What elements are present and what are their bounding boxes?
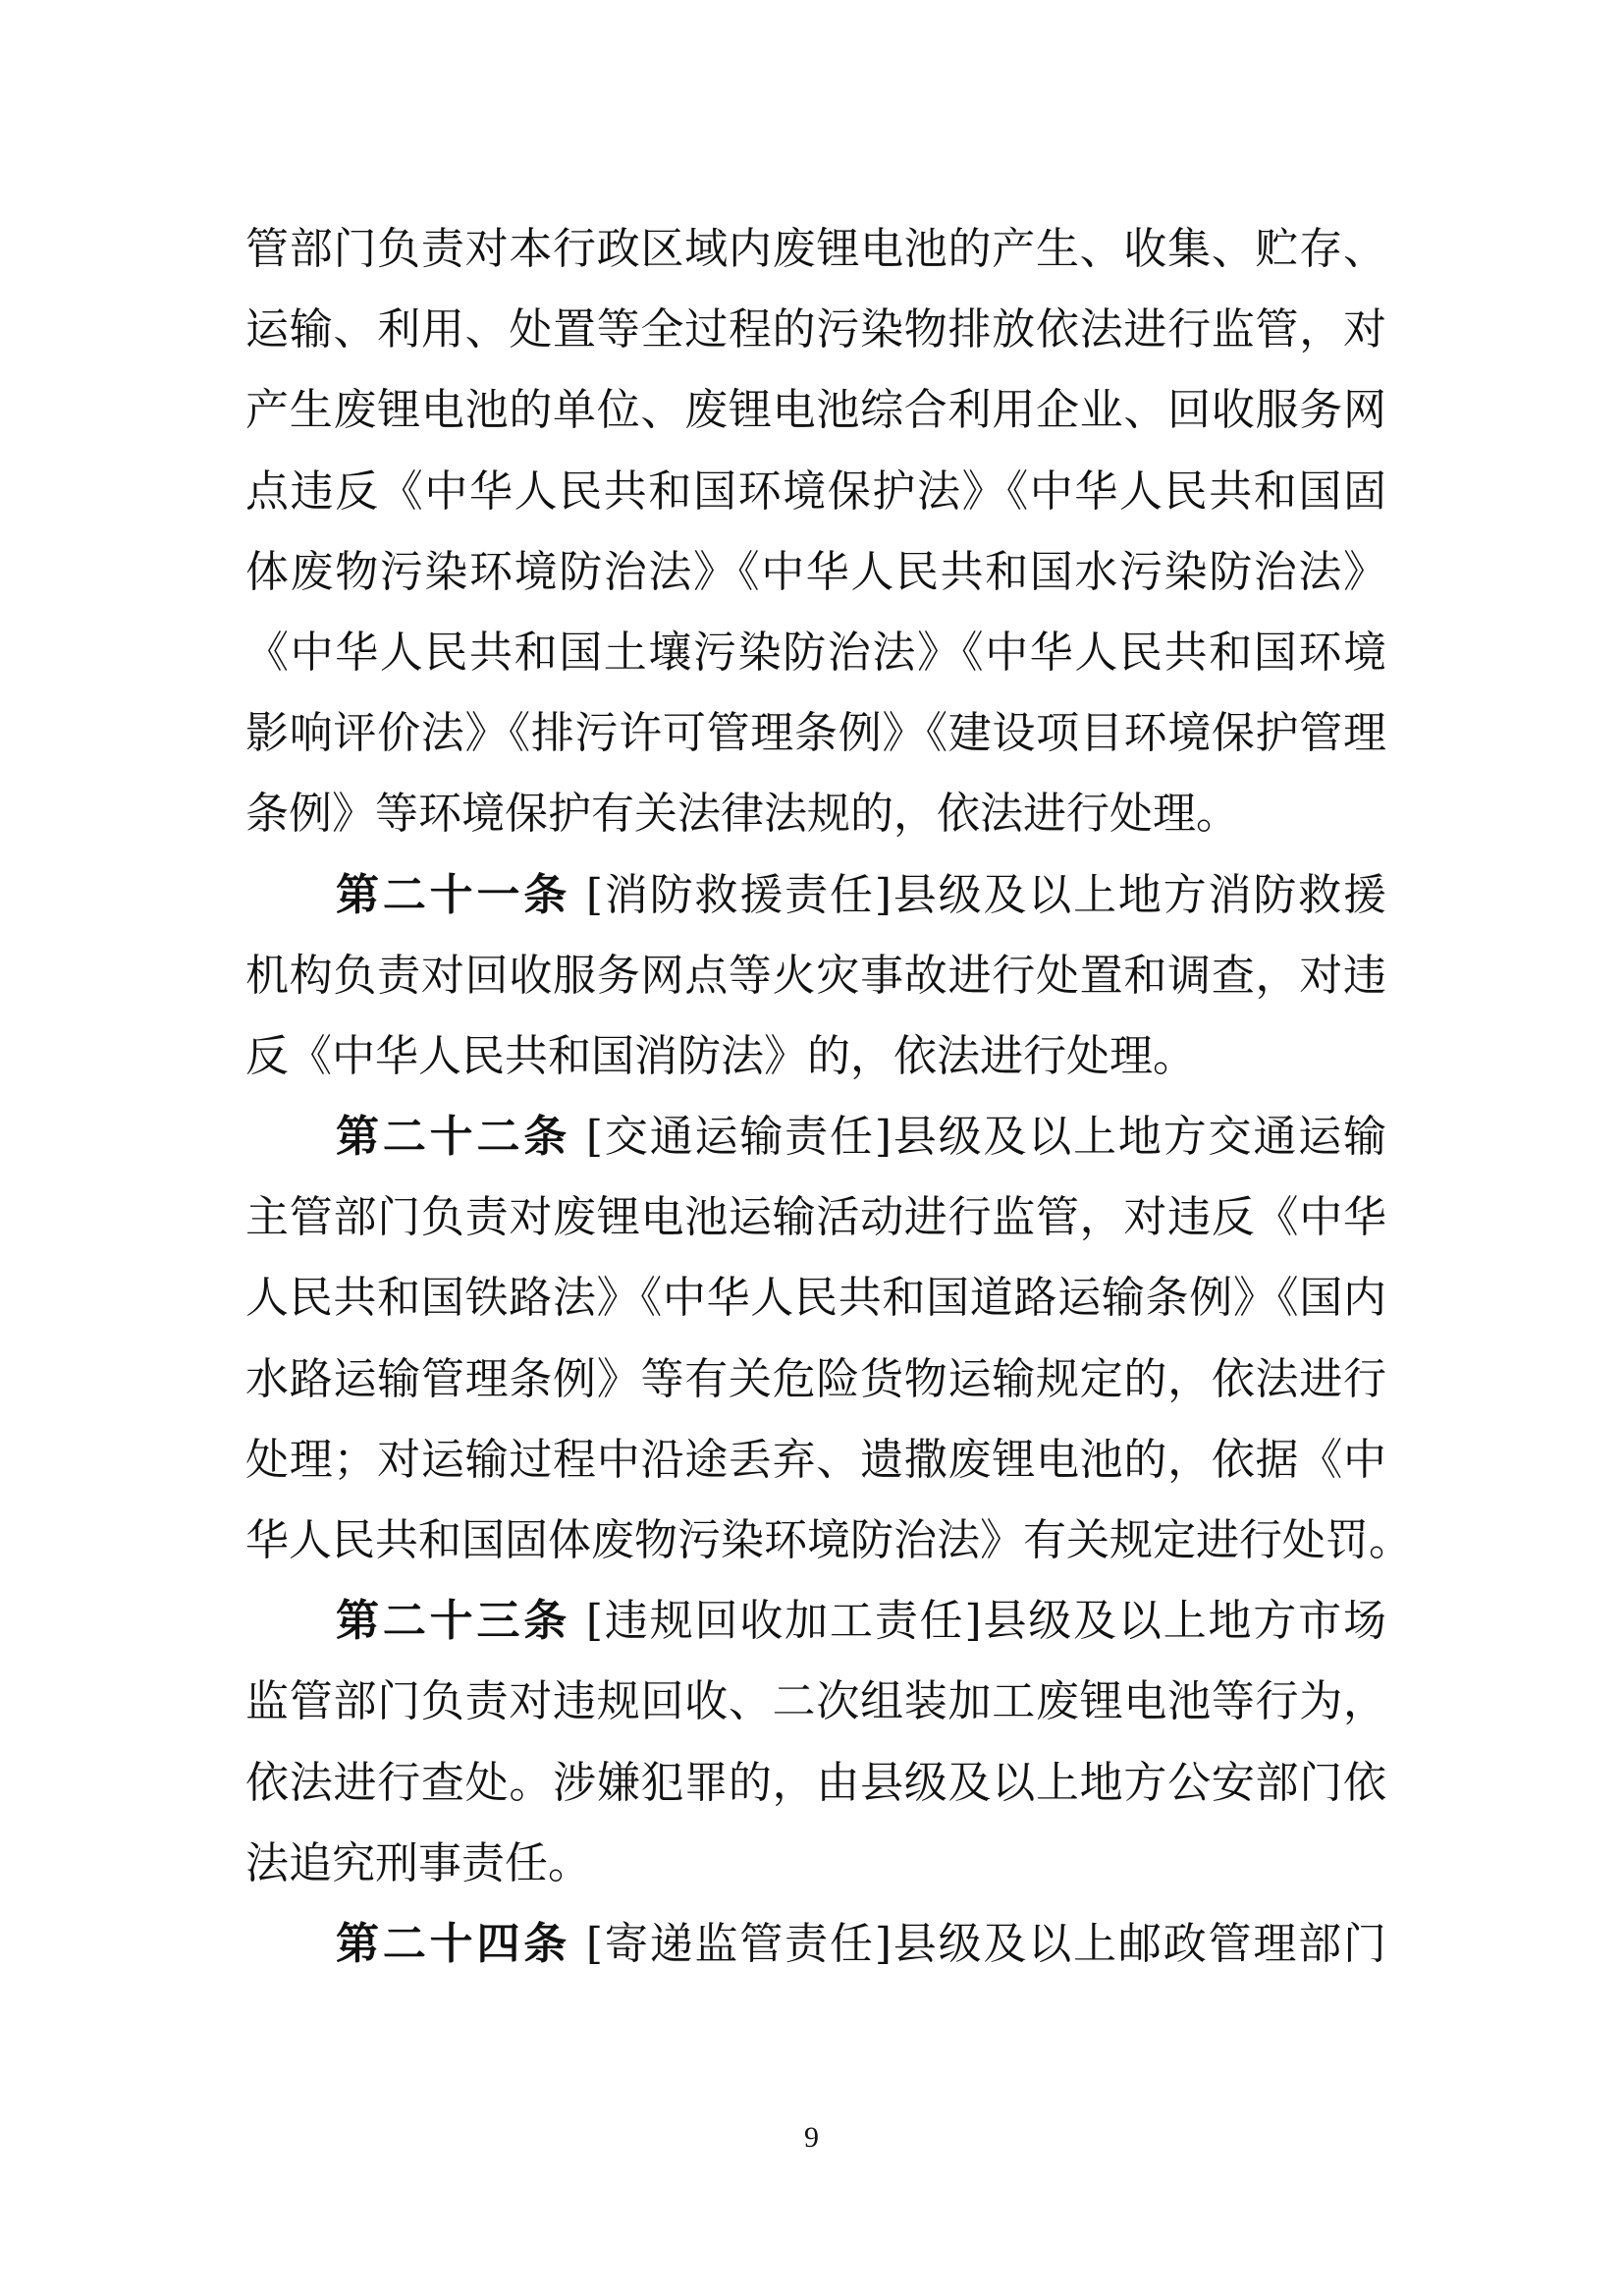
text-line: 依法进行查处。涉嫌犯罪的，由县级及以上地方公安部门依 — [245, 1743, 1386, 1824]
article-heading-line: 第二十三条 [违规回收加工责任]县级及以上地方市场 — [245, 1581, 1386, 1662]
text-line: 管部门负责对本行政区域内废锂电池的产生、收集、贮存、 — [245, 209, 1386, 290]
text-line: 点违反《中华人民共和国环境保护法》《中华人民共和国固 — [245, 452, 1386, 532]
article-23: 第二十三条 [违规回收加工责任]县级及以上地方市场 监管部门负责对违规回收、二次… — [245, 1581, 1386, 1904]
article-title-text: [消防救援责任]县级及以上地方消防救援 — [570, 870, 1386, 920]
article-number: 第二十三条 — [336, 1596, 570, 1646]
paragraph-continuation: 管部门负责对本行政区域内废锂电池的产生、收集、贮存、 运输、利用、处置等全过程的… — [245, 209, 1386, 855]
text-line: 体废物污染环境防治法》《中华人民共和国水污染防治法》 — [245, 532, 1386, 613]
article-number: 第二十四条 — [336, 1919, 570, 1969]
article-number: 第二十二条 — [336, 1112, 570, 1162]
text-line: 机构负责对回收服务网点等火灾事故进行处置和调查，对违 — [245, 936, 1386, 1016]
article-24: 第二十四条 [寄递监管责任]县级及以上邮政管理部门 — [245, 1904, 1386, 1985]
text-line: 产生废锂电池的单位、废锂电池综合利用企业、回收服务网 — [245, 370, 1386, 451]
text-line: 法追究刑事责任。 — [245, 1824, 1386, 1904]
text-line: 影响评价法》《排污许可管理条例》《建设项目环境保护管理 — [245, 693, 1386, 774]
page-number: 9 — [0, 2121, 1623, 2155]
article-heading-line: 第二十四条 [寄递监管责任]县级及以上邮政管理部门 — [245, 1904, 1386, 1985]
text-line: 监管部门负责对违规回收、二次组装加工废锂电池等行为， — [245, 1662, 1386, 1742]
text-line: 反《中华人民共和国消防法》的，依法进行处理。 — [245, 1016, 1386, 1097]
text-line: 《中华人民共和国土壤污染防治法》《中华人民共和国环境 — [245, 613, 1386, 693]
text-line: 运输、利用、处置等全过程的污染物排放依法进行监管，对 — [245, 290, 1386, 370]
document-page: 管部门负责对本行政区域内废锂电池的产生、收集、贮存、 运输、利用、处置等全过程的… — [245, 209, 1386, 1985]
article-number: 第二十一条 — [336, 870, 570, 920]
article-22: 第二十二条 [交通运输责任]县级及以上地方交通运输 主管部门负责对废锂电池运输活… — [245, 1097, 1386, 1581]
text-line: 条例》等环境保护有关法律法规的，依法进行处理。 — [245, 774, 1386, 854]
article-heading-line: 第二十一条 [消防救援责任]县级及以上地方消防救援 — [245, 855, 1386, 936]
article-21: 第二十一条 [消防救援责任]县级及以上地方消防救援 机构负责对回收服务网点等火灾… — [245, 855, 1386, 1098]
article-title-text: [违规回收加工责任]县级及以上地方市场 — [570, 1596, 1386, 1646]
text-line: 水路运输管理条例》等有关危险货物运输规定的，依法进行 — [245, 1339, 1386, 1420]
text-line: 主管部门负责对废锂电池运输活动进行监管，对违反《中华 — [245, 1177, 1386, 1258]
text-line: 人民共和国铁路法》《中华人民共和国道路运输条例》《国内 — [245, 1258, 1386, 1339]
article-title-text: [寄递监管责任]县级及以上邮政管理部门 — [570, 1919, 1386, 1969]
article-title-text: [交通运输责任]县级及以上地方交通运输 — [570, 1112, 1386, 1162]
text-line: 处理；对运输过程中沿途丢弃、遗撒废锂电池的，依据《中 — [245, 1420, 1386, 1501]
article-heading-line: 第二十二条 [交通运输责任]县级及以上地方交通运输 — [245, 1097, 1386, 1177]
text-line: 华人民共和国固体废物污染环境防治法》有关规定进行处罚。 — [245, 1501, 1386, 1581]
